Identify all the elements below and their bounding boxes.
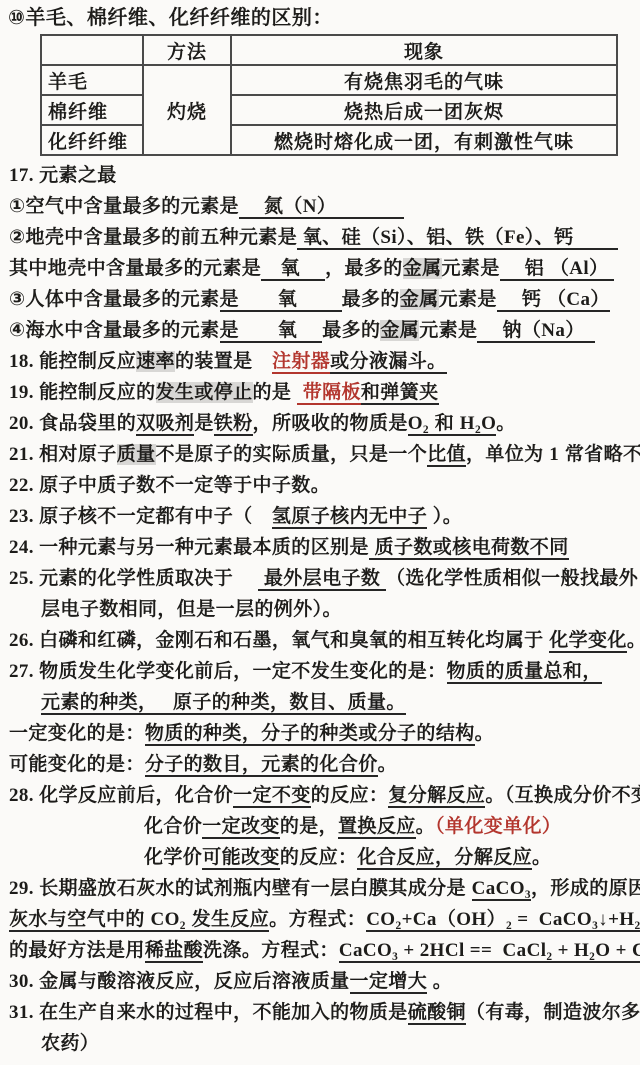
item-25-line-2: 层电子数相同，但是一层的例外）。 — [2, 594, 638, 625]
text-segment: 元素的化学性质取决于 — [39, 568, 258, 589]
table-row-wool: 羊毛 灼烧 有烧焦羽毛的气味 — [41, 65, 617, 95]
text-segment: 物质发生化学变化前后，一定不发生变化的是： — [39, 661, 446, 682]
text-segment: 。 — [496, 413, 515, 434]
text-segment: 原子中质子数不一定等于中子数。 — [39, 475, 330, 496]
table-header-phenomenon: 现象 — [231, 35, 617, 65]
fiber-comparison-table: 方法 现象 羊毛 灼烧 有烧焦羽毛的气味 棉纤维 烧热后成一团灰烬 化纤纤维 燃… — [40, 34, 618, 156]
text-segment: 硫酸铜 — [408, 1002, 466, 1025]
text-segment: 是 — [194, 413, 213, 434]
text-segment: 氢原子核内无中子 — [272, 506, 427, 529]
text-segment: ） — [589, 258, 614, 281]
text-segment: 化学价 — [144, 847, 202, 868]
text-segment: 22. — [9, 475, 39, 496]
text-segment: CaCO₃ — [472, 878, 531, 901]
text-segment: 长期盛放石灰水的试剂瓶内壁有一层白膜其成分是 — [39, 878, 471, 899]
text-segment: 氧、硅（ — [297, 227, 380, 250]
text-segment: 发生反应 — [186, 909, 269, 932]
text-segment: 24. — [9, 537, 39, 558]
text-segment: ③人体中含量最多的元素 — [9, 289, 220, 310]
text-segment: 18. — [9, 351, 39, 372]
table-header-row: 方法 现象 — [41, 35, 617, 65]
item-28-line-1: 28. 化学反应前后，化合价一定不变的反应：复分解反应。（互换成分价不变） — [2, 780, 638, 811]
text-segment: H₂O — [460, 413, 496, 436]
item-17-2b: 其中地壳中含量最多的元素是 氧 ，最多的金属元素是 铝 （Al） — [2, 253, 638, 284]
text-segment: 是 氧 — [220, 289, 342, 312]
table-cell-method: 灼烧 — [143, 65, 231, 155]
text-segment: ）。 — [427, 506, 462, 527]
text-segment: 发生或停止 — [156, 382, 253, 403]
text-segment: 质量 — [117, 444, 156, 465]
text-segment: 一定改变 — [202, 816, 280, 839]
item-29-line-1: 29. 长期盛放石灰水的试剂瓶内壁有一层白膜其成分是 CaCO₃，形成的原因是石 — [2, 873, 638, 904]
item-21: 21. 相对原子质量不是原子的实际质量，只是一个比值，单位为 1 常省略不写。 — [2, 439, 638, 470]
item-23: 23. 原子核不一定都有中子（ 氢原子核内无中子 ）。 — [2, 501, 638, 532]
text-segment: Si — [380, 227, 397, 250]
item-28-line-2: 化合价一定改变的是，置换反应。（单化变单化） — [2, 811, 638, 842]
text-segment: ①空气中含量最多的元素是 — [9, 196, 239, 217]
text-segment: 29. — [9, 878, 39, 899]
text-segment: 氮（ — [239, 196, 303, 219]
table-cell-name: 棉纤维 — [41, 95, 143, 125]
text-segment: 。 — [532, 847, 551, 868]
text-segment: 26. — [9, 630, 39, 651]
text-segment: 不是原子的实际质量，只是一个 — [156, 444, 428, 465]
text-segment: Fe — [504, 227, 525, 250]
text-segment: ，所吸收的物质是 — [253, 413, 408, 434]
text-segment: 稀盐酸 — [145, 940, 203, 963]
text-segment: 双吸剂 — [136, 413, 194, 436]
item-26: 26. 白磷和红磷，金刚石和石墨，氧气和臭氧的相互转化均属于 化学变化。 — [2, 625, 638, 656]
text-segment: CO₂ — [150, 909, 185, 932]
text-segment: 白磷和红磷，金刚石和石墨，氧气和臭氧的相互转化均属于 — [39, 630, 549, 651]
text-segment: 注射器 — [272, 351, 330, 374]
text-segment: 元素是 — [439, 289, 497, 310]
table-cell-name: 羊毛 — [41, 65, 143, 95]
text-segment: 化合价 — [144, 816, 202, 837]
text-segment: ） — [590, 289, 609, 312]
text-segment: Na — [541, 320, 565, 343]
text-segment: ②地壳中含量最多的前五种元素是 — [9, 227, 297, 248]
text-segment: 金属 — [400, 289, 439, 310]
text-segment: 元素的种类， 原子的种类，数目、质量。 — [41, 692, 406, 715]
text-segment: 。方程式： — [269, 909, 366, 930]
item-24: 24. 一种元素与另一种元素最本质的区别是 质子数或核电荷数不同 — [2, 532, 638, 563]
text-segment: 置换反应 — [338, 816, 416, 839]
text-segment: 的最好方法是用 — [9, 940, 145, 961]
text-segment: 是 氧 — [220, 320, 323, 343]
item-27-line-3: 一定变化的是：物质的种类，分子的种类或分子的结构。 — [2, 718, 638, 749]
text-segment: 和弹簧夹 — [361, 382, 439, 405]
text-segment: 。 — [427, 971, 452, 992]
text-segment: CaCO₃ + 2HCl == CaCl₂ + H₂O + CO₂ ↑ — [339, 940, 640, 963]
item-28-line-3: 化学价可能改变的反应：化合反应，分解反应。 — [2, 842, 638, 873]
text-segment: 的反应： — [280, 847, 358, 868]
text-segment: ） — [565, 320, 594, 343]
text-segment: 31. — [9, 1002, 39, 1023]
text-segment: 速率 — [136, 351, 175, 372]
text-segment: N — [303, 196, 317, 219]
text-segment: 能控制反应的 — [39, 382, 155, 403]
text-segment: ④海水中含量最多的元素 — [9, 320, 220, 341]
text-segment: 。 — [627, 630, 640, 651]
text-segment: 的装置是 — [175, 351, 272, 372]
text-segment: ） — [317, 196, 405, 219]
text-segment: 19. — [9, 382, 39, 403]
text-segment: 分子的数目，元素的化合价 — [145, 754, 378, 777]
text-segment: 金属 — [403, 258, 442, 279]
table-row-synthetic: 化纤纤维 燃烧时熔化成一团，有刺激性气味 — [41, 125, 617, 155]
item-27-line-1: 27. 物质发生化学变化前后，一定不发生变化的是：物质的质量总和， — [2, 656, 638, 687]
item-20: 20. 食品袋里的双吸剂是铁粉，所吸收的物质是O₂ 和 H₂O。 — [2, 408, 638, 439]
text-segment: Ca — [566, 289, 590, 312]
text-segment: ，形成的原因是 — [531, 878, 640, 899]
text-segment: 。 — [416, 816, 435, 837]
item-30: 30. 金属与酸溶液反应，反应后溶液质量一定增大 。 — [2, 966, 638, 997]
text-segment: 复分解反应 — [388, 785, 485, 808]
table-header-blank — [41, 35, 143, 65]
text-segment: ，最多的 — [325, 258, 403, 279]
text-segment: 常省略不写。 — [559, 444, 640, 465]
text-segment: 1 — [549, 444, 559, 465]
text-segment: 或分液漏斗。 — [330, 351, 446, 374]
table-row-cotton: 棉纤维 烧热后成一团灰烬 — [41, 95, 617, 125]
table-cell-phenomenon: 燃烧时熔化成一团，有刺激性气味 — [231, 125, 617, 155]
item-18: 18. 能控制反应速率的装置是 注射器或分液漏斗。 — [2, 346, 638, 377]
text-segment: 食品袋里的 — [39, 413, 136, 434]
table-cell-name: 化纤纤维 — [41, 125, 143, 155]
text-segment: 灰水与空气中的 — [9, 909, 150, 932]
text-segment: 层电子数相同，但是一层的例外）。 — [41, 599, 342, 620]
text-segment: 。（互换成分价不变） — [485, 785, 640, 806]
text-segment: 一定不变 — [233, 785, 311, 808]
text-segment: 在生产自来水的过程中，不能加入的物质是 — [39, 1002, 408, 1023]
item-17-3: ③人体中含量最多的元素是 氧 最多的金属元素是 钙 （Ca） — [2, 284, 638, 315]
text-segment: 最多的 — [342, 289, 400, 310]
text-segment: 金属 — [380, 320, 419, 341]
item-25-line-1: 25. 元素的化学性质取决于 最外层电子数 （选化学性质相似一般找最外 — [2, 563, 638, 594]
text-segment: 钙 （ — [497, 289, 567, 312]
item-19: 19. 能控制反应的发生或停止的是 带隔板和弹簧夹 — [2, 377, 638, 408]
text-segment: （单化变单化） — [435, 816, 561, 837]
item-17-1: ①空气中含量最多的元素是 氮（N） — [2, 191, 638, 222]
text-segment: 的是， — [280, 816, 338, 837]
text-segment: 。 — [378, 754, 397, 775]
text-segment: 洗涤。方程式： — [203, 940, 339, 961]
text-segment: 金属与酸溶液反应，反应后溶液质量 — [39, 971, 349, 992]
item-29-line-3: 的最好方法是用稀盐酸洗涤。方程式：CaCO₃ + 2HCl == CaCl₂ +… — [2, 935, 638, 966]
text-segment: 化学变化 — [549, 630, 627, 653]
text-segment: 其中地壳中含量最多的元素是 — [9, 258, 261, 279]
item-17-2: ②地壳中含量最多的前五种元素是 氧、硅（Si）、铝、铁（Fe）、钙 — [2, 222, 638, 253]
text-segment: （有毒，制造波尔多液 — [466, 1002, 640, 1023]
text-segment: 钠（ — [477, 320, 541, 343]
item-31-line-1: 31. 在生产自来水的过程中，不能加入的物质是硫酸铜（有毒，制造波尔多液 — [2, 997, 638, 1028]
item-17-4: ④海水中含量最多的元素是 氧 最多的金属元素是 钠（Na） — [2, 315, 638, 346]
text-segment: 物质的质量总和， — [447, 661, 602, 684]
text-segment: 能控制反应 — [39, 351, 136, 372]
text-segment: 元素之最 — [39, 165, 117, 186]
item-29-line-2: 灰水与空气中的 CO₂ 发生反应。方程式：CO₂+Ca（OH）₂ = CaCO₃… — [2, 904, 638, 935]
text-segment: 和 — [429, 413, 460, 436]
item-17-heading: 17. 元素之最 — [2, 160, 638, 191]
text-segment: 21. — [9, 444, 39, 465]
text-segment: ）、铝、铁（ — [397, 227, 504, 250]
document-page: ⑩羊毛、棉纤维、化纤纤维的区别： 方法 现象 羊毛 灼烧 有烧焦羽毛的气味 棉纤… — [0, 0, 640, 1065]
text-segment: 20. — [9, 413, 39, 434]
text-segment: 最外层电子数 — [258, 568, 386, 591]
text-segment: 化学反应前后，化合价 — [39, 785, 233, 806]
text-segment: ）、钙 — [525, 227, 618, 250]
text-segment: 。 — [475, 723, 494, 744]
text-segment: 的反应： — [311, 785, 389, 806]
text-segment: 30. — [9, 971, 39, 992]
text-segment: 化合反应，分解反应 — [357, 847, 532, 870]
item-27-line-4: 可能变化的是：分子的数目，元素的化合价。 — [2, 749, 638, 780]
text-segment: 元素是 — [442, 258, 500, 279]
text-segment: 一种元素与另一种元素最本质的区别是 — [39, 537, 369, 558]
text-segment: O₂ — [408, 413, 429, 436]
text-segment: ，单位为 — [466, 444, 549, 465]
text-segment: 农药） — [41, 1033, 99, 1054]
text-segment: 一定增大 — [350, 971, 428, 994]
text-segment: CO₂+Ca（OH）₂ = CaCO₃↓+H₂O — [366, 909, 640, 932]
text-segment: 物质的种类，分子的种类或分子的结构 — [145, 723, 475, 746]
text-segment: 比值 — [427, 444, 466, 467]
item-27-line-2: 元素的种类， 原子的种类，数目、质量。 — [2, 687, 638, 718]
text-segment: 原子核不一定都有中子（ — [39, 506, 272, 527]
table-cell-phenomenon: 有烧焦羽毛的气味 — [231, 65, 617, 95]
text-segment: 最多的 — [322, 320, 380, 341]
text-segment: 的是 — [253, 382, 297, 403]
table-cell-phenomenon: 烧热后成一团灰烬 — [231, 95, 617, 125]
text-segment: 17. — [9, 165, 39, 186]
content-lines: 17. 元素之最①空气中含量最多的元素是 氮（N） ②地壳中含量最多的前五种元素… — [2, 160, 638, 1059]
text-segment: 铝 （ — [500, 258, 570, 281]
text-segment: 25. — [9, 568, 39, 589]
text-segment: 元素是 — [419, 320, 477, 341]
section-10-title: ⑩羊毛、棉纤维、化纤纤维的区别： — [2, 4, 638, 32]
item-31-line-2: 农药） — [2, 1028, 638, 1059]
table-header-method: 方法 — [143, 35, 231, 65]
text-segment: （选化学性质相似一般找最外 — [386, 568, 638, 589]
text-segment: Al — [569, 258, 589, 281]
text-segment: 铁粉 — [214, 413, 253, 436]
text-segment: 28. — [9, 785, 39, 806]
item-22: 22. 原子中质子数不一定等于中子数。 — [2, 470, 638, 501]
text-segment: 氧 — [261, 258, 325, 281]
text-segment: 相对原子 — [39, 444, 117, 465]
text-segment: 一定变化的是： — [9, 723, 145, 744]
text-segment: 27. — [9, 661, 39, 682]
text-segment: 质子数或核电荷数不同 — [369, 537, 569, 560]
text-segment: 23. — [9, 506, 39, 527]
text-segment: 可能改变 — [202, 847, 280, 870]
text-segment: 带隔板 — [297, 382, 361, 405]
text-segment: 可能变化的是： — [9, 754, 145, 775]
